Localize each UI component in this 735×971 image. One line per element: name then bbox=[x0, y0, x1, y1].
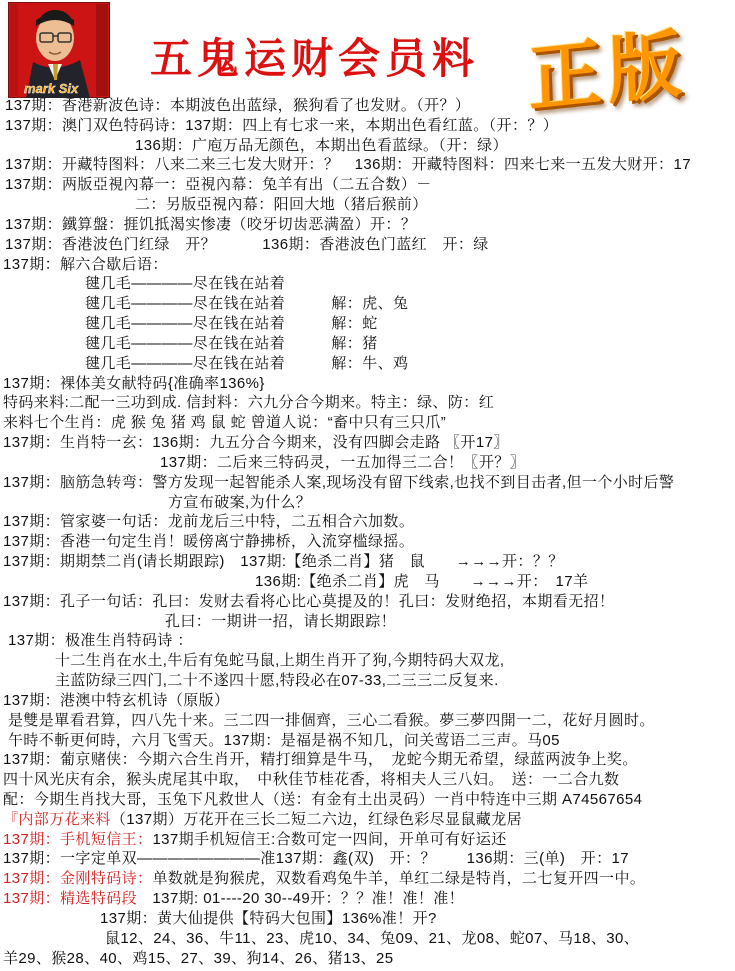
text-segment: 137期：解六合歇后语： bbox=[3, 256, 168, 273]
text-line: 137期：裸体美女献特码{准确率136%} bbox=[0, 374, 735, 394]
text-line: 『内部万花来料（137期）万花开在三长二短二六边，红绿色彩尽显鼠藏龙居 bbox=[0, 810, 735, 830]
text-line: 137期：一字定单双————————准137期：鑫(双) 开：？ 136期：三(… bbox=[0, 849, 735, 869]
text-line: 毽几毛————尽在钱在站着 bbox=[0, 274, 735, 294]
text-segment: 137期：期期禁二肖(请长期跟踪) 137期:【绝杀二肖】猪 鼠 →→→开：？？ bbox=[3, 553, 564, 570]
text-line: 四十风光庆有余，猴头虎尾其中取， 中秋佳节桂花香，将相夫人三八妇。 送：一二合九… bbox=[0, 770, 735, 790]
content-lines: 137期：香港新波色诗：本期波色出蓝绿，猴狗看了也发财。（开？）137期：澳门双… bbox=[0, 96, 735, 968]
text-segment: 毽几毛————尽在钱在站着 bbox=[85, 275, 285, 292]
text-segment: 单数就是狗猴虎，双数看鸡兔牛羊，单红二绿是特肖，二七复开四一中。 bbox=[152, 870, 645, 887]
text-segment: 137期：澳门双色特码诗：137期：四上有七求一来，本期出色看红蓝。（开：？） bbox=[5, 117, 558, 134]
text-segment: 毽几毛————尽在钱在站着 解：猪 bbox=[85, 335, 378, 352]
text-line: 配：今期生肖找大哥，玉兔下凡救世人（送：有金有土出灵码）一肖中特连中三期 A74… bbox=[0, 790, 735, 810]
mark-six-caption: mark Six bbox=[24, 81, 79, 96]
text-line: 毽几毛————尽在钱在站着 解：虎、兔 bbox=[0, 294, 735, 314]
text-segment: 137期：黄大仙提供【特码大包围】136%准！开? bbox=[100, 910, 437, 927]
text-segment: 137期：裸体美女献特码{准确率136%} bbox=[3, 375, 265, 392]
text-segment: 137期：管家婆一句话：龙前龙后三中特，二五相合六加数。 bbox=[3, 513, 414, 530]
text-segment-red: 137期：精选特码段 bbox=[3, 890, 137, 907]
text-line: 137期：金刚特码诗：单数就是狗猴虎，双数看鸡兔牛羊，单红二绿是特肖，二七复开四… bbox=[0, 869, 735, 889]
text-segment: 137期: 01----20 30--49开：？？准！准！准！ bbox=[137, 890, 464, 907]
portrait-photo: mark Six bbox=[8, 2, 110, 98]
text-line: 特码来料:二配一三功到成. 信封料：六九分合今期来。特主：绿、防：红 bbox=[0, 393, 735, 413]
text-line: 孔曰：一期讲一招，请长期跟踪！ bbox=[0, 612, 735, 632]
text-segment: 137期：香港波色门红绿 开？ 136期：香港波色门蓝红 开：绿 bbox=[5, 236, 489, 253]
text-segment: 137期：香港一句定生肖！暖傍离宁静拂桥，入流穿槛绿摇。 bbox=[3, 533, 414, 550]
text-line: 137期：鐵算盤：捱饥抵渴实惨凄（咬牙切齿恶满盈）开：？ bbox=[0, 215, 735, 235]
text-line: 137期：澳门双色特码诗：137期：四上有七求一来，本期出色看红蓝。（开：？） bbox=[0, 116, 735, 136]
text-segment: 是雙是單看君算，四八先十来。三二四一排個齊，三心二看猴。夢三夢四開一二，花好月圆… bbox=[8, 712, 655, 729]
text-segment: 137期：开藏特图料：八来二来三七发大财开：？ 136期：开藏特图料：四来七来一… bbox=[5, 156, 691, 173]
text-segment: 二：另版亞視內幕：阳回大地（猪后猴前） bbox=[135, 196, 428, 213]
text-segment: 配：今期生肖找大哥，玉兔下凡救世人（送：有金有土出灵码）一肖中特连中三期 A74… bbox=[3, 791, 642, 808]
text-line: 来料七个生肖：虎 猴 兔 猪 鸡 鼠 蛇 曾道人说：“畜中只有三只爪” bbox=[0, 413, 735, 433]
text-segment: 137期：港澳中特玄机诗（原版） bbox=[3, 692, 229, 709]
text-line: 137期：解六合歇后语： bbox=[0, 255, 735, 275]
text-segment: 137期：一字定单双————————准137期：鑫(双) 开：？ 136期：三(… bbox=[3, 850, 629, 867]
text-line: 137期：手机短信王：137期手机短信王:合数可定一四间，开单可有好运还 bbox=[0, 830, 735, 850]
text-segment: 毽几毛————尽在钱在站着 解：虎、兔 bbox=[85, 295, 408, 312]
text-line: 137期：黄大仙提供【特码大包围】136%准！开? bbox=[0, 909, 735, 929]
text-line: 137期：葡京赌侠：今期六合生肖开，精打细算是牛马， 龙蛇今期无希望，绿蓝两波争… bbox=[0, 750, 735, 770]
text-segment: 来料七个生肖：虎 猴 兔 猪 鸡 鼠 蛇 曾道人说：“畜中只有三只爪” bbox=[3, 414, 446, 431]
text-segment: 羊29、猴28、40、鸡15、27、39、狗14、26、猪13、25 bbox=[3, 950, 393, 967]
text-line: 137期：管家婆一句话：龙前龙后三中特，二五相合六加数。 bbox=[0, 512, 735, 532]
text-line: 主蓝防绿三四门,二十不遂四十愿,特段必在07-33,二三三二反复来. bbox=[0, 671, 735, 691]
text-segment: 特码来料:二配一三功到成. 信封料：六九分合今期来。特主：绿、防：红 bbox=[3, 394, 494, 411]
text-segment: 137期：二后来三特码灵，一五加得三二合！〖开？〗 bbox=[160, 454, 525, 471]
text-segment: 137期：孔子一句话：孔曰：发财去看将心比心莫提及的！孔曰：发财绝招，本期看无招… bbox=[3, 593, 614, 610]
text-segment: 方宣布破案,为什么？ bbox=[168, 494, 311, 511]
text-segment: 137期：鐵算盤：捱饥抵渴实惨凄（咬牙切齿恶满盈）开：？ bbox=[5, 216, 416, 233]
text-line: 137期：香港波色门红绿 开？ 136期：香港波色门蓝红 开：绿 bbox=[0, 235, 735, 255]
text-segment: 十二生肖在水土,牛后有兔蛇马鼠,上期生肖开了狗,今期特码大双龙, bbox=[55, 652, 504, 669]
text-line: 午時不斬更何時，六月飞雪天。137期：是福是祸不知几，问关莺语二三声。马05 bbox=[0, 731, 735, 751]
text-line: 137期：精选特码段 137期: 01----20 30--49开：？？准！准！… bbox=[0, 889, 735, 909]
text-segment: 毽几毛————尽在钱在站着 解：牛、鸡 bbox=[85, 355, 408, 372]
text-line: 137期：脑筋急转弯：警方发现一起智能杀人案,现场没有留下线索,也找不到目击者,… bbox=[0, 473, 735, 493]
text-line: 毽几毛————尽在钱在站着 解：蛇 bbox=[0, 314, 735, 334]
text-segment: 主蓝防绿三四门,二十不遂四十愿,特段必在07-33,二三三二反复来. bbox=[55, 672, 499, 689]
text-segment: 鼠12、24、36、牛11、23、虎10、34、兔09、21、龙08、蛇07、马… bbox=[105, 930, 639, 947]
text-segment: 137期：脑筋急转弯：警方发现一起智能杀人案,现场没有留下线索,也找不到目击者,… bbox=[3, 474, 674, 491]
text-line: 137期：极准生肖特码诗 ： bbox=[0, 631, 735, 651]
text-line: 136期:【绝杀二肖】虎 马 →→→开： 17羊 bbox=[0, 572, 735, 592]
text-segment-red: 137期：手机短信王： bbox=[3, 831, 152, 848]
text-segment: 午時不斬更何時，六月飞雪天。137期：是福是祸不知几，问关莺语二三声。马05 bbox=[8, 732, 560, 749]
portrait-photo-graphic: mark Six bbox=[8, 2, 110, 98]
text-line: 137期：香港一句定生肖！暖傍离宁静拂桥，入流穿槛绿摇。 bbox=[0, 532, 735, 552]
text-line: 毽几毛————尽在钱在站着 解：猪 bbox=[0, 334, 735, 354]
text-line: 方宣布破案,为什么？ bbox=[0, 493, 735, 513]
text-segment: （137期）万花开在三长二短二六边，红绿色彩尽显鼠藏龙居 bbox=[111, 811, 522, 828]
text-line: 十二生肖在水土,牛后有兔蛇马鼠,上期生肖开了狗,今期特码大双龙, bbox=[0, 651, 735, 671]
text-segment: 137期：两版亞視內幕一：亞視內幕：兔羊有出（二五合数）－ bbox=[5, 176, 432, 193]
text-line: 137期：开藏特图料：八来二来三七发大财开：？ 136期：开藏特图料：四来七来一… bbox=[0, 155, 735, 175]
text-segment: 137期：极准生肖特码诗 ： bbox=[8, 632, 193, 649]
text-line: 是雙是單看君算，四八先十来。三二四一排個齊，三心二看猴。夢三夢四開一二，花好月圆… bbox=[0, 711, 735, 731]
text-line: 137期：生肖特一玄：136期：九五分合今期来，没有四脚会走路 〖开17〗 bbox=[0, 433, 735, 453]
text-line: 137期：港澳中特玄机诗（原版） bbox=[0, 691, 735, 711]
text-segment: 137期：香港新波色诗：本期波色出蓝绿，猴狗看了也发财。（开？） bbox=[5, 97, 470, 114]
text-line: 二：另版亞視內幕：阳回大地（猪后猴前） bbox=[0, 195, 735, 215]
text-segment: 137期：葡京赌侠：今期六合生肖开，精打细算是牛马， 龙蛇今期无希望，绿蓝两波争… bbox=[3, 751, 638, 768]
text-segment: 137期：生肖特一玄：136期：九五分合今期来，没有四脚会走路 〖开17〗 bbox=[3, 434, 509, 451]
text-line: 羊29、猴28、40、鸡15、27、39、狗14、26、猪13、25 bbox=[0, 949, 735, 969]
text-line: 136期：广庖万品无颜色，本期出色看蓝绿。（开：绿） bbox=[0, 136, 735, 156]
text-line: 137期：两版亞視內幕一：亞視內幕：兔羊有出（二五合数）－ bbox=[0, 175, 735, 195]
text-segment: 四十风光庆有余，猴头虎尾其中取， 中秋佳节桂花香，将相夫人三八妇。 送：一二合九… bbox=[3, 771, 619, 788]
text-segment-red: 137期：金刚特码诗： bbox=[3, 870, 152, 887]
page-title: 五鬼运财会员料 bbox=[150, 26, 479, 86]
text-segment: 137期手机短信王:合数可定一四间，开单可有好运还 bbox=[152, 831, 506, 848]
text-line: 鼠12、24、36、牛11、23、虎10、34、兔09、21、龙08、蛇07、马… bbox=[0, 929, 735, 949]
text-line: 毽几毛————尽在钱在站着 解：牛、鸡 bbox=[0, 354, 735, 374]
text-segment: 136期:【绝杀二肖】虎 马 →→→开： 17羊 bbox=[255, 573, 588, 590]
text-line: 137期：二后来三特码灵，一五加得三二合！〖开？〗 bbox=[0, 453, 735, 473]
text-segment: 136期：广庖万品无颜色，本期出色看蓝绿。（开：绿） bbox=[135, 137, 508, 154]
text-segment-red: 『内部万花来料 bbox=[3, 811, 111, 828]
text-segment: 毽几毛————尽在钱在站着 解：蛇 bbox=[85, 315, 378, 332]
text-segment: 孔曰：一期讲一招，请长期跟踪！ bbox=[165, 613, 396, 630]
text-line: 137期：期期禁二肖(请长期跟踪) 137期:【绝杀二肖】猪 鼠 →→→开：？？ bbox=[0, 552, 735, 572]
text-line: 137期：孔子一句话：孔曰：发财去看将心比心莫提及的！孔曰：发财绝招，本期看无招… bbox=[0, 592, 735, 612]
text-line: 137期：香港新波色诗：本期波色出蓝绿，猴狗看了也发财。（开？） bbox=[0, 96, 735, 116]
